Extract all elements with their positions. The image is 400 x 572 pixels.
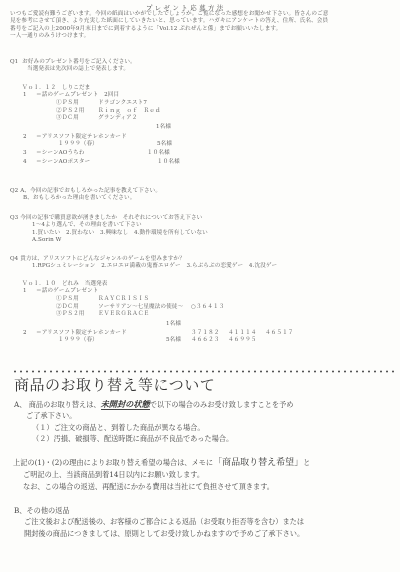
section-b-line2: 開封後の商品につきましては、原則としてお受け致しかねますので予めご了承下さい。 [14,528,304,539]
section-a-text-post: で以下の場合のみお受け致しますことを予め [150,400,294,409]
prize-sub: ③ＤＣ用 グランディア２ [10,115,390,123]
q1-note: 当選発表は先次回の誌上で発表します。 [10,66,136,73]
q3-options: 1.買いたい 2.買わない 3.興味なし 4.動作環境を所有していない [10,230,208,237]
prize-text: ＝シーンAOうちわ [36,150,85,157]
question-q4: Q4 貴方は、アリスソフトにどんなジャンルのゲームを望みますか？ 1.RPGシュ… [10,256,277,271]
prize-count: １０名様 [147,150,170,157]
exchange-section-b: B、その他の返品 ご注文後および配送後の、お客様のご都合による返品（お受取り拒否… [14,505,304,539]
section-a-line2: ご了承下さい。 [14,410,293,421]
dotted-divider [12,370,396,373]
note-text-post: と [303,458,310,467]
intro-line: 見を参考にさせて頂き、より充実した紙面にしていきたいと、思っています。ハガキにア… [10,18,328,25]
game-title: Ｒｉｎｇ ｏｆ Ｒｅｄ [98,108,161,115]
prize-subtext: １９９９（春） [58,141,98,148]
winner-number: ４６５１７ [265,330,293,337]
intro-paragraph: いつもご愛読有難うございます。今回の紙面はいかがでしたでしょうか。ご覧になった感… [10,11,328,41]
section-b-line1: ご注文後および配送後の、お客様のご都合による返品（お受取り拒否等を含む）または [14,516,304,527]
section-a-label: A、 [14,400,26,409]
game-title: グランディア２ [98,115,137,122]
prize-number: 2 [23,134,27,141]
result-sub: ①ＰＳ用 ＲＡＹＣＲＩＳＩＳ [10,296,400,304]
q3-item: A.Sorin W [10,237,208,244]
q3-instruction: 1～4より選んで、その理由を書いて下さい [10,222,208,229]
result-sub: １９９９（春） 5名様 ４６６２３ ４６９９５ [10,337,400,345]
prize-number: 2 [23,330,27,337]
prize-item-1: 1 ＝話のゲームプレゼント 2回目 [10,92,390,100]
prize-text: ＝話のゲームプレゼント [36,288,98,295]
section-heading: 商品のお取り替え等について [14,374,215,395]
q2-text-a: A、今回の記事でおもしろかった記事を教えて下さい。 [20,188,161,194]
q4-options: 1.RPGシュミレーション 2.エロエロ満載の鬼畜エロゲー 3.らぶらぶの恋愛ゲ… [10,263,277,270]
platform-label: ①ＰＳ用 [56,100,79,107]
emphasis-unopened: 未開封の状態 [101,399,150,410]
prize-count: 5名様 [166,337,181,344]
q3-label: Q3 [10,215,18,221]
winner-number: ４６６２３ [191,337,219,344]
note-line3: なお、この場合の返送、再配送にかかる費用は当社にて負担させて頂きます。 [13,481,310,492]
prize-text: ＝話のゲームプレゼント 2回目 [36,92,119,99]
vol10-section: Ｖｏｌ．１０ どれみ 当選発表 1 ＝話のゲームプレゼント ①ＰＳ用 ＲＡＹＣＲ… [10,281,400,345]
question-q2: Q2 A、今回の記事でおもしろかった記事を教えて下さい。 B、おもしろかった理由… [10,188,161,203]
game-title: ドラゴンクエスト7 [98,100,147,107]
prize-count: 1名様 [166,321,181,328]
q1-text: お好みのプレゼント番号をご記入ください。 [22,59,136,65]
prize-count: 1名様 [156,124,171,131]
prize-count-row: 1名様 [10,319,400,330]
platform-label: ③ＰＳ２用 [56,311,84,318]
section-b-label: B、 [14,506,26,515]
prize-number: 4 [23,159,27,166]
question-q1: Q1 お好みのプレゼント番号をご記入ください。 当選発表は先次回の誌上で発表しま… [10,59,136,74]
prize-count-row: 1名様 [10,123,390,134]
winner-number: ○３６４１３ [191,304,224,311]
exchange-request-label: 「商品取り替え希望」 [213,458,303,468]
result-item-1: 1 ＝話のゲームプレゼント [10,288,400,296]
platform-label: ②ＤＣ用 [56,304,79,311]
platform-label: ③ＤＣ用 [56,115,79,122]
section-b-title: その他の返品 [26,506,69,515]
platform-label: ①ＰＳ用 [56,296,79,303]
question-q3: Q3 今回の記事で購買意欲が湧きましたか それぞれについてお答え下さい 1～4よ… [10,215,208,245]
game-title: ソーサリアン～七星魔法の使徒～ [98,304,183,311]
prize-number: 3 [23,150,27,157]
condition-2: （２）汚損、破損等、配送時既に商品が不良品であった場合。 [14,433,293,444]
prize-number: 1 [23,92,27,99]
result-sub: ③ＰＳ２用 ＥＶＥＲＧＲＡＣＥ [10,311,400,319]
document-page: プレゼント応募方法 いつもご愛読有難うございます。今回の紙面はいかがでしたでしょ… [0,0,400,572]
q2-text-b: B、おもしろかった理由を書いてください。 [10,195,161,202]
prize-text: ＝シーンAOポスター [36,159,90,166]
q4-text: 貴方は、アリスソフトにどんなジャンルのゲームを望みますか？ [20,256,185,262]
winner-number: ４６９９５ [228,337,256,344]
condition-1: （１）ご注文の商品と、到着した商品が異なる場合。 [14,422,293,433]
q2-label: Q2 [10,188,18,194]
game-title: ＥＶＥＲＧＲＡＣＥ [98,311,149,318]
note-line2: ご明記の上、当該商品到着14日以内にお願い致します。 [13,469,310,480]
vol12-section: Ｖｏｌ．１２ しりこだま 1 ＝話のゲームプレゼント 2回目 ①ＰＳ用 ドラゴン… [10,85,390,168]
prize-item-4: 4 ＝シーンAOポスター １０名様 [10,159,390,168]
note-text-pre: 上記の(1)・(2)の理由によりお取り替え希望の場合は、メモに [13,458,213,467]
game-title: ＲＡＹＣＲＩＳＩＳ [98,296,149,303]
platform-label: ②ＰＳ２用 [56,108,84,115]
prize-subtext: １９９９（春） [58,337,98,344]
q4-label: Q4 [10,256,18,262]
q1-label: Q1 [10,59,18,65]
intro-line: 一人一通りのみうけつけます。 [10,33,328,40]
section-a-text-pre: 商品のお取り替えは、 [29,400,101,409]
exchange-section-a: A、 商品のお取り替えは、未開封の状態で以下の場合のみお受け致しますことを予め … [14,399,293,445]
exchange-note: 上記の(1)・(2)の理由によりお取り替え希望の場合は、メモに「商品取り替え希望… [13,457,310,492]
prize-count: 5名様 [157,141,172,148]
q3-text: 今回の記事で購買意欲が湧きましたか それぞれについてお答え下さい [20,215,202,221]
prize-number: 1 [23,288,27,295]
prize-sub: ①ＰＳ用 ドラゴンクエスト7 [10,100,390,108]
prize-count: １０名様 [157,159,180,166]
